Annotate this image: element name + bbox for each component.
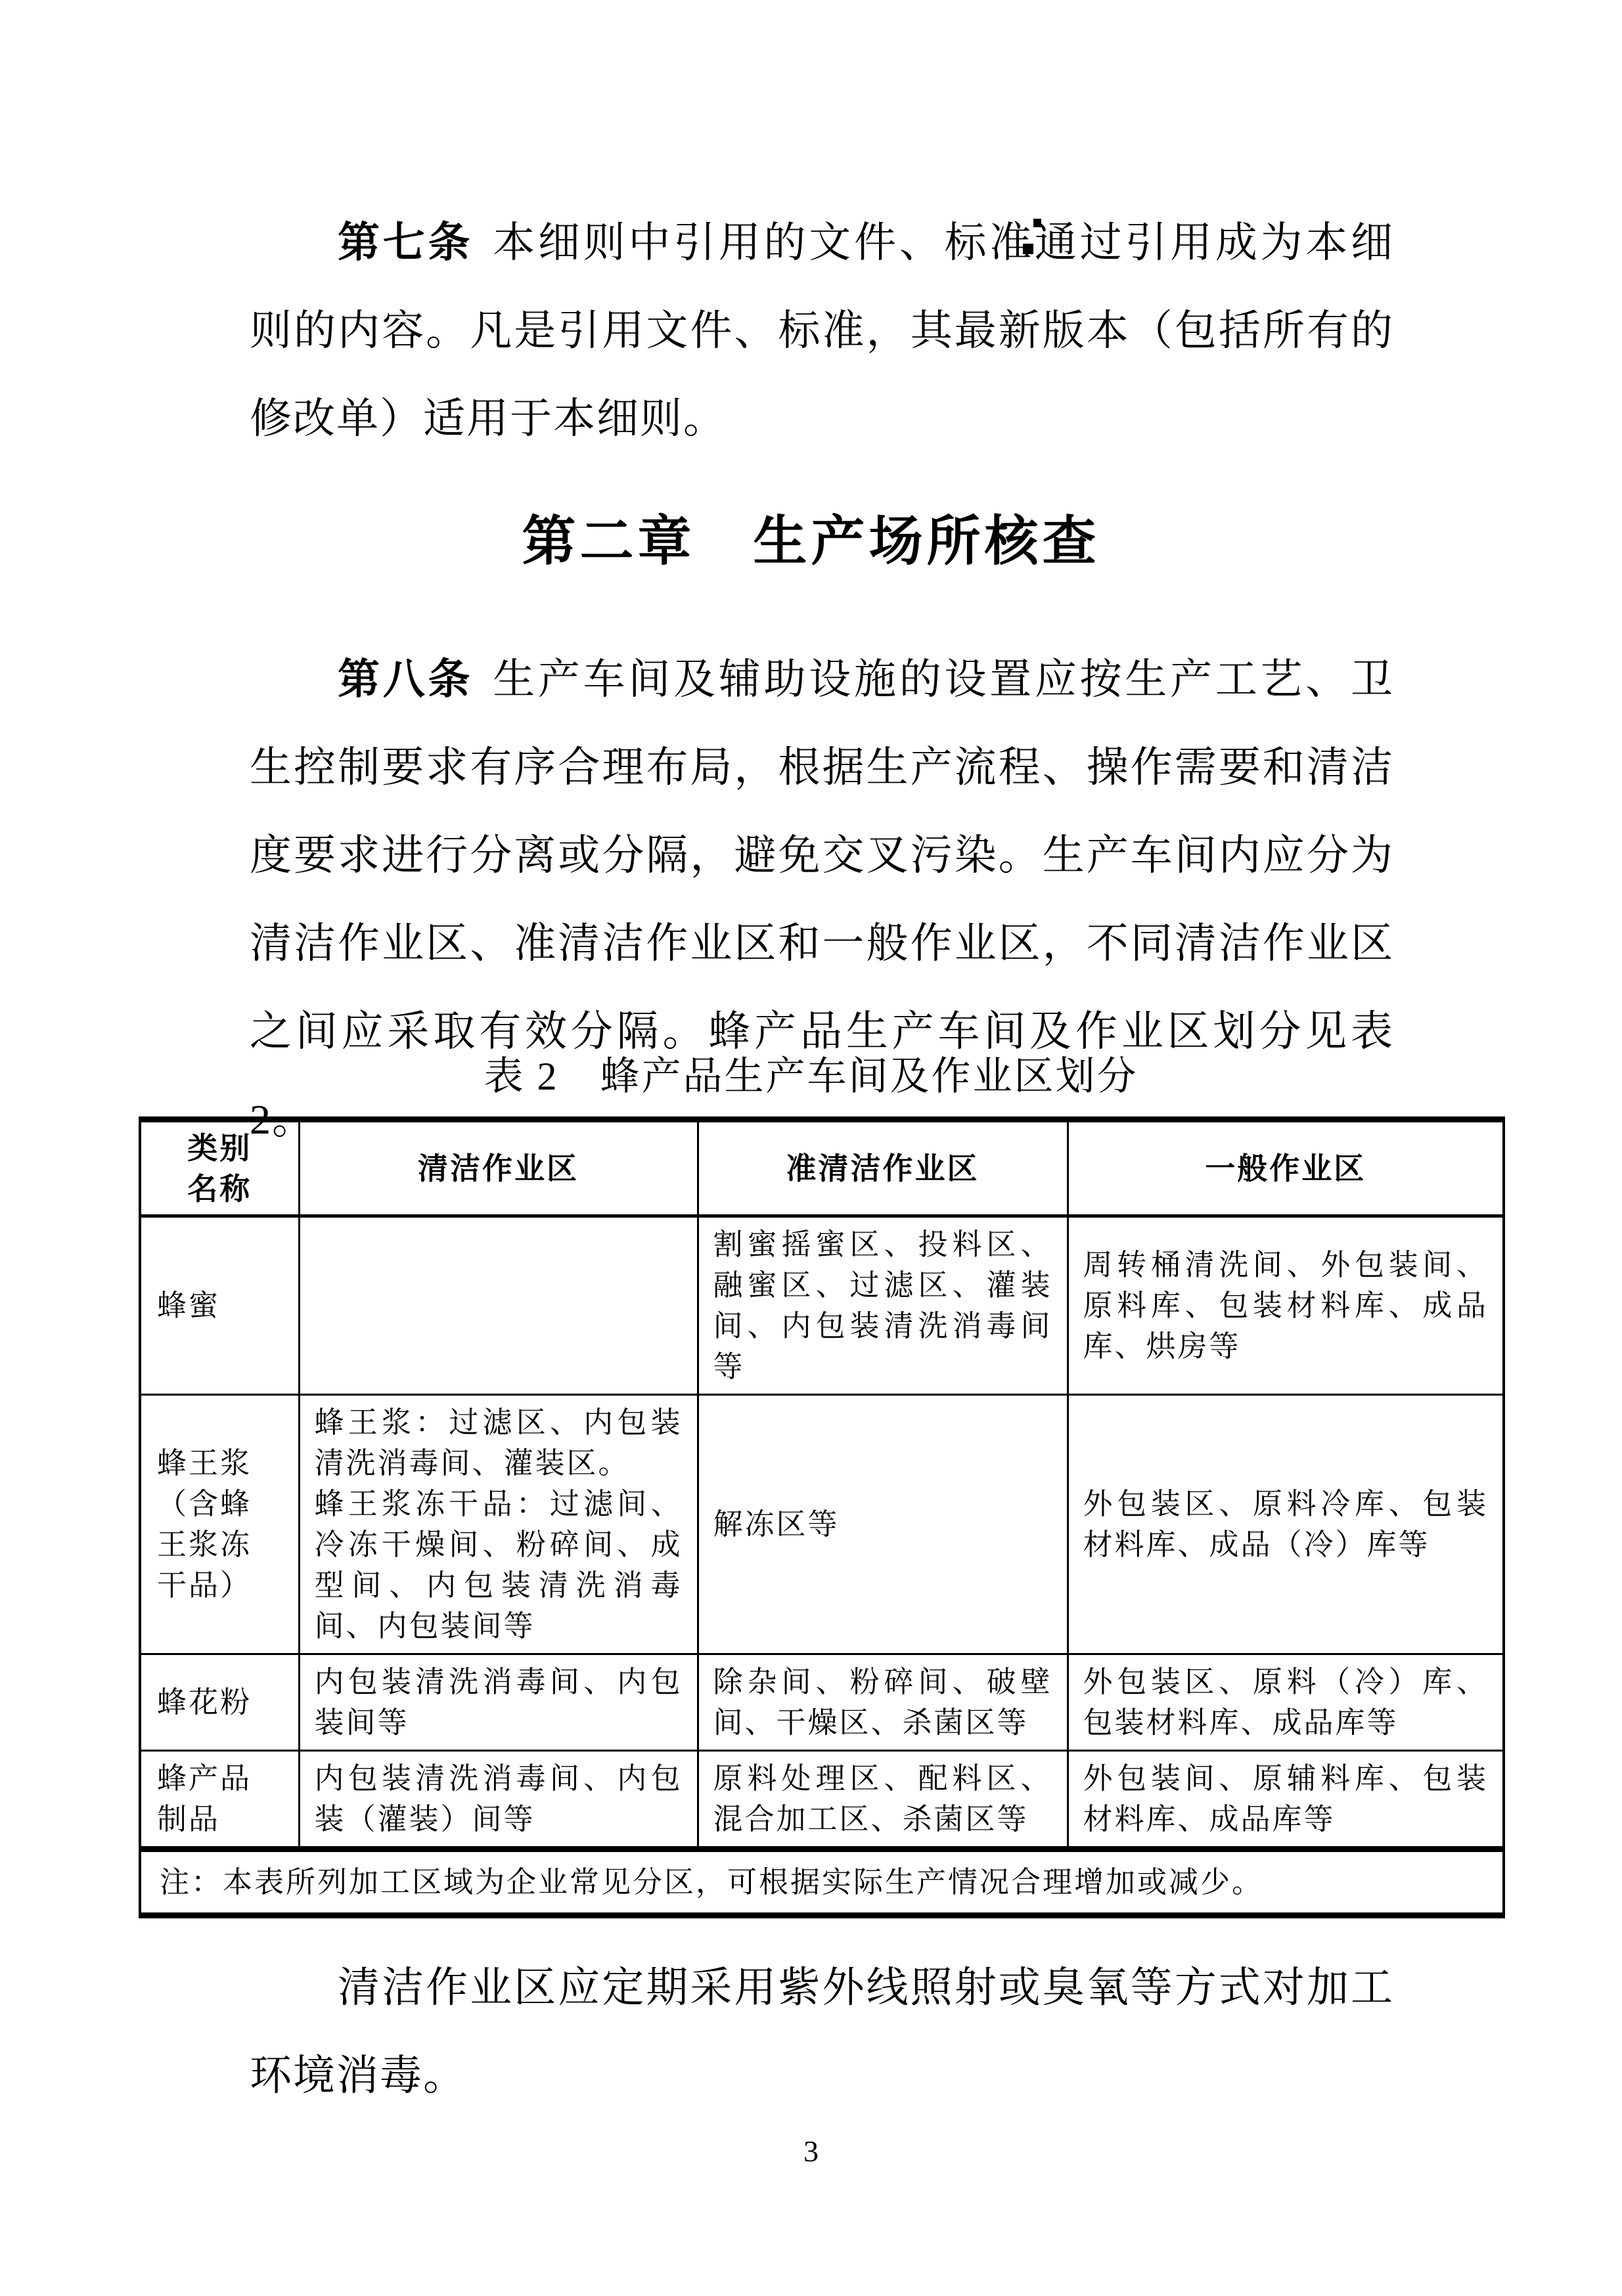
article-8-term: 第八条 [338,655,473,703]
category-cell: 蜂产品 制品 [140,1751,299,1849]
table-note: 注：本表所列加工区域为企业常见分区，可根据实际生产情况合理增加或减少。 [140,1849,1504,1916]
paragraph-article-7: 第七条本细则中引用的文件、标准通过引用成为本细则的内容。凡是引用文件、标准，其最… [250,198,1394,463]
table-row-royal-jelly: 蜂王浆 （含蜂 王浆冻 干品） 蜂王浆：过滤区、内包装清洗消毒间、灌装区。 蜂王… [140,1395,1504,1654]
article-7-term: 第七条 [338,219,473,266]
paragraph-disinfection: 清洁作业区应定期采用紫外线照射或臭氧等方式对加工环境消毒。 [250,1944,1394,2120]
general-area-cell: 外包装区、原料冷库、包装材料库、成品（冷）库等 [1068,1395,1504,1654]
semi-clean-area-cell: 除杂间、粉碎间、破壁间、干燥区、杀菌区等 [698,1654,1068,1751]
table-note-row: 注：本表所列加工区域为企业常见分区，可根据实际生产情况合理增加或减少。 [140,1849,1504,1916]
semi-clean-area-cell: 解冻区等 [698,1395,1068,1654]
clean-area-cell: 蜂王浆：过滤区、内包装清洗消毒间、灌装区。 蜂王浆冻干品：过滤间、冷冻干燥间、粉… [299,1395,698,1654]
table-header-row: 类别 名称 清洁作业区 准清洁作业区 一般作业区 [140,1120,1504,1216]
table-row-bee-pollen: 蜂花粉 内包装清洗消毒间、内包装间等 除杂间、粉碎间、破壁间、干燥区、杀菌区等 … [140,1654,1504,1751]
production-areas-table: 类别 名称 清洁作业区 准清洁作业区 一般作业区 蜂蜜 割蜜摇蜜区、投料区、融蜜… [139,1116,1505,1918]
document-page: 第七条本细则中引用的文件、标准通过引用成为本细则的内容。凡是引用文件、标准，其最… [0,0,1622,2296]
clean-area-cell [299,1216,698,1395]
semi-clean-area-cell: 割蜜摇蜜区、投料区、融蜜区、过滤区、灌装间、内包装清洗消毒间等 [698,1216,1068,1395]
header-category-name: 类别 名称 [140,1120,299,1216]
category-cell: 蜂蜜 [140,1216,299,1395]
table-row-bee-products: 蜂产品 制品 内包装清洗消毒间、内包装（灌装）间等 原料处理区、配料区、混合加工… [140,1751,1504,1849]
category-cell: 蜂王浆 （含蜂 王浆冻 干品） [140,1395,299,1654]
header-semi-clean-area: 准清洁作业区 [698,1120,1068,1216]
category-cell: 蜂花粉 [140,1654,299,1751]
header-general-area: 一般作业区 [1068,1120,1504,1216]
table-caption: 表 2 蜂产品生产车间及作业区划分 [0,1052,1622,1101]
header-clean-area: 清洁作业区 [299,1120,698,1216]
general-area-cell: 外包装间、原辅料库、包装材料库、成品库等 [1068,1751,1504,1849]
page-number: 3 [0,2133,1622,2170]
general-area-cell: 周转桶清洗间、外包装间、原料库、包装材料库、成品库、烘房等 [1068,1216,1504,1395]
semi-clean-area-cell: 原料处理区、配料区、混合加工区、杀菌区等 [698,1751,1068,1849]
clean-area-cell: 内包装清洗消毒间、内包装间等 [299,1654,698,1751]
general-area-cell: 外包装区、原料（冷）库、包装材料库、成品库等 [1068,1654,1504,1751]
chapter-heading: 第二章 生产场所核查 [0,507,1622,577]
clean-area-cell: 内包装清洗消毒间、内包装（灌装）间等 [299,1751,698,1849]
table-row-honey: 蜂蜜 割蜜摇蜜区、投料区、融蜜区、过滤区、灌装间、内包装清洗消毒间等 周转桶清洗… [140,1216,1504,1395]
